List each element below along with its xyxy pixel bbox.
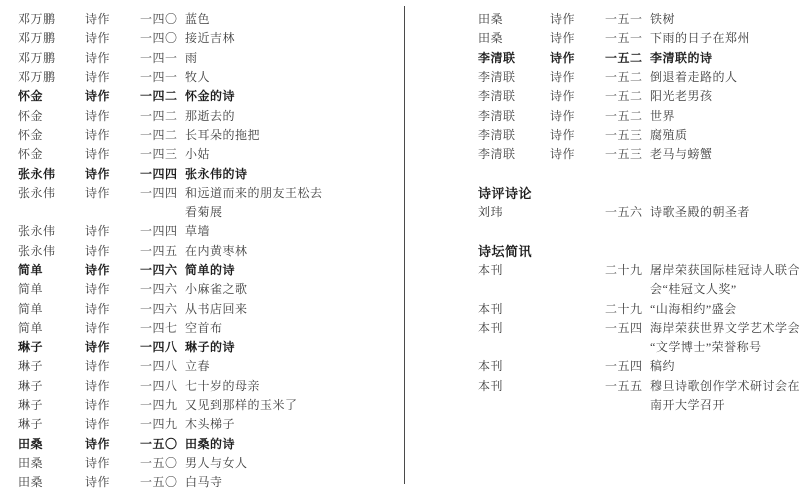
entry-genre: 诗作 <box>550 87 605 104</box>
section-header-row: 诗评诗论 <box>400 183 800 202</box>
entry-page-number: 一四六 <box>140 300 185 317</box>
entry-author: 琳子 <box>18 338 85 355</box>
entry-author: 李清联 <box>478 145 550 162</box>
entry-page-number: 二十九 <box>605 300 650 317</box>
toc-right-column: 田桑诗作一五一铁树田桑诗作一五一下雨的日子在郑州李清联诗作一五二李清联的诗李清联… <box>400 9 800 414</box>
entry-genre: 诗作 <box>85 280 140 297</box>
entry-page-number: 一五三 <box>605 126 650 143</box>
entry-title: 简单的诗 <box>185 261 400 278</box>
toc-entry-row: 邓万鹏诗作一四一雨 <box>0 48 400 67</box>
entry-page-number: 一四〇 <box>140 10 185 27</box>
entry-page-number: 一四八 <box>140 357 185 374</box>
entry-author: 琳子 <box>18 396 85 413</box>
entry-page-number: 一五一 <box>605 29 650 46</box>
entry-title: 在内黄枣林 <box>185 242 400 259</box>
entry-author: 怀金 <box>18 126 85 143</box>
entry-genre: 诗作 <box>85 338 140 355</box>
entry-page-number: 一四四 <box>140 165 185 182</box>
entry-author: 邓万鹏 <box>18 68 85 85</box>
toc-entry-row: 怀金诗作一四二长耳朵的拖把 <box>0 125 400 144</box>
toc-continuation-row: 南开大学召开 <box>400 395 800 414</box>
entry-title: 怀金的诗 <box>185 87 400 104</box>
entry-genre: 诗作 <box>85 68 140 85</box>
toc-entry-row: 田桑诗作一五〇白马寺 <box>0 472 400 491</box>
entry-author: 简单 <box>18 319 85 336</box>
entry-genre: 诗作 <box>85 261 140 278</box>
entry-title: 长耳朵的拖把 <box>185 126 400 143</box>
entry-title: 屠岸荣获国际桂冠诗人联合 <box>650 261 800 278</box>
entry-genre: 诗作 <box>85 29 140 46</box>
entry-author: 邓万鹏 <box>18 49 85 66</box>
entry-genre: 诗作 <box>550 29 605 46</box>
entry-page-number: 一四四 <box>140 222 185 239</box>
entry-title: 空首布 <box>185 319 400 336</box>
entry-title: 又见到那样的玉米了 <box>185 396 400 413</box>
toc-entry-row: 本刊一五四海岸荣获世界文学艺术学会 <box>400 318 800 337</box>
entry-title: 七十岁的母亲 <box>185 377 400 394</box>
entry-author: 简单 <box>18 300 85 317</box>
entry-author: 张永伟 <box>18 222 85 239</box>
entry-genre: 诗作 <box>85 242 140 259</box>
toc-entry-row: 琳子诗作一四九木头梯子 <box>0 414 400 433</box>
entry-author: 琳子 <box>18 377 85 394</box>
toc-entry-row: 简单诗作一四六小麻雀之歌 <box>0 279 400 298</box>
entry-title: 诗歌圣殿的朝圣者 <box>650 203 800 220</box>
entry-genre: 诗作 <box>85 473 140 490</box>
entry-page-number: 一五〇 <box>140 473 185 490</box>
entry-author: 张永伟 <box>18 242 85 259</box>
toc-continuation-row: 看菊展 <box>0 202 400 221</box>
entry-author: 怀金 <box>18 87 85 104</box>
entry-title: 李清联的诗 <box>650 49 800 66</box>
entry-title: 田桑的诗 <box>185 435 400 452</box>
toc-entry-row: 怀金诗作一四二那逝去的 <box>0 105 400 124</box>
entry-page-number: 一四八 <box>140 377 185 394</box>
toc-entry-row: 本刊二十九屠岸荣获国际桂冠诗人联合 <box>400 260 800 279</box>
entry-title: 木头梯子 <box>185 415 400 432</box>
entry-title-continuation: “文学博士”荣誉称号 <box>650 338 800 355</box>
entry-page-number: 一四七 <box>140 319 185 336</box>
entry-title-continuation: 看菊展 <box>185 203 400 220</box>
entry-page-number: 一四二 <box>140 87 185 104</box>
entry-author: 本刊 <box>478 261 550 278</box>
toc-page: 邓万鹏诗作一四〇蓝色邓万鹏诗作一四〇接近吉林邓万鹏诗作一四一雨邓万鹏诗作一四一牧… <box>0 0 800 495</box>
entry-author: 琳子 <box>18 415 85 432</box>
entry-page-number: 一四一 <box>140 68 185 85</box>
entry-page-number: 一五一 <box>605 10 650 27</box>
entry-page-number: 一五四 <box>605 319 650 336</box>
entry-author: 李清联 <box>478 87 550 104</box>
toc-entry-row: 琳子诗作一四八琳子的诗 <box>0 337 400 356</box>
entry-author: 怀金 <box>18 145 85 162</box>
entry-genre: 诗作 <box>85 126 140 143</box>
entry-author: 田桑 <box>18 473 85 490</box>
entry-genre: 诗作 <box>85 145 140 162</box>
entry-page-number: 一五〇 <box>140 435 185 452</box>
entry-page-number: 一四二 <box>140 107 185 124</box>
entry-title: 雨 <box>185 49 400 66</box>
entry-page-number: 一四六 <box>140 280 185 297</box>
entry-title: “山海相约”盛会 <box>650 300 800 317</box>
spacer-row <box>400 163 800 182</box>
entry-title-continuation: 会“桂冠文人奖” <box>650 280 800 297</box>
entry-title: 世界 <box>650 107 800 124</box>
entry-genre: 诗作 <box>85 222 140 239</box>
entry-author: 琳子 <box>18 357 85 374</box>
entry-author: 本刊 <box>478 357 550 374</box>
entry-title: 小姑 <box>185 145 400 162</box>
entry-genre: 诗作 <box>85 396 140 413</box>
entry-title: 铁树 <box>650 10 800 27</box>
entry-title-continuation: 南开大学召开 <box>650 396 800 413</box>
entry-genre: 诗作 <box>85 377 140 394</box>
toc-continuation-row: “文学博士”荣誉称号 <box>400 337 800 356</box>
toc-entry-row: 本刊二十九“山海相约”盛会 <box>400 298 800 317</box>
toc-entry-row: 李清联诗作一五二倒退着走路的人 <box>400 67 800 86</box>
section-header: 诗评诗论 <box>478 183 532 202</box>
entry-genre: 诗作 <box>85 10 140 27</box>
entry-title: 穆旦诗歌创作学术研讨会在 <box>650 377 800 394</box>
entry-author: 刘玮 <box>478 203 550 220</box>
toc-entry-row: 田桑诗作一五一下雨的日子在郑州 <box>400 28 800 47</box>
entry-author: 田桑 <box>18 454 85 471</box>
entry-page-number: 一四九 <box>140 415 185 432</box>
entry-page-number: 一五二 <box>605 107 650 124</box>
toc-entry-row: 田桑诗作一五〇男人与女人 <box>0 453 400 472</box>
entry-page-number: 一五〇 <box>140 454 185 471</box>
entry-genre: 诗作 <box>550 10 605 27</box>
entry-author: 本刊 <box>478 319 550 336</box>
toc-entry-row: 本刊一五四稿约 <box>400 356 800 375</box>
entry-title: 张永伟的诗 <box>185 165 400 182</box>
entry-author: 简单 <box>18 261 85 278</box>
entry-page-number: 一五二 <box>605 87 650 104</box>
entry-page-number: 一四一 <box>140 49 185 66</box>
entry-page-number: 一五六 <box>605 203 650 220</box>
entry-author: 张永伟 <box>18 165 85 182</box>
entry-title: 草墙 <box>185 222 400 239</box>
toc-entry-row: 张永伟诗作一四四草墙 <box>0 221 400 240</box>
entry-genre: 诗作 <box>85 165 140 182</box>
toc-entry-row: 琳子诗作一四九又见到那样的玉米了 <box>0 395 400 414</box>
entry-genre: 诗作 <box>85 184 140 201</box>
toc-continuation-row: 会“桂冠文人奖” <box>400 279 800 298</box>
entry-page-number: 一五二 <box>605 49 650 66</box>
entry-page-number: 一五三 <box>605 145 650 162</box>
entry-page-number: 一四八 <box>140 338 185 355</box>
toc-entry-row: 本刊一五五穆旦诗歌创作学术研讨会在 <box>400 376 800 395</box>
toc-entry-row: 张永伟诗作一四四和远道而来的朋友王松去 <box>0 183 400 202</box>
entry-genre: 诗作 <box>550 145 605 162</box>
toc-entry-row: 琳子诗作一四八七十岁的母亲 <box>0 376 400 395</box>
toc-entry-row: 邓万鹏诗作一四〇接近吉林 <box>0 28 400 47</box>
entry-title: 老马与螃蟹 <box>650 145 800 162</box>
spacer-row <box>400 221 800 240</box>
entry-page-number: 一五四 <box>605 357 650 374</box>
entry-title: 男人与女人 <box>185 454 400 471</box>
entry-page-number: 一五二 <box>605 68 650 85</box>
entry-title: 倒退着走路的人 <box>650 68 800 85</box>
entry-title: 接近吉林 <box>185 29 400 46</box>
toc-entry-row: 李清联诗作一五二阳光老男孩 <box>400 86 800 105</box>
entry-page-number: 一四四 <box>140 184 185 201</box>
entry-author: 李清联 <box>478 107 550 124</box>
entry-title: 腐殖质 <box>650 126 800 143</box>
toc-entry-row: 李清联诗作一五三腐殖质 <box>400 125 800 144</box>
entry-genre: 诗作 <box>85 415 140 432</box>
entry-genre: 诗作 <box>550 49 605 66</box>
section-header: 诗坛简讯 <box>478 241 532 260</box>
entry-genre: 诗作 <box>85 300 140 317</box>
entry-author: 邓万鹏 <box>18 10 85 27</box>
toc-entry-row: 李清联诗作一五二李清联的诗 <box>400 48 800 67</box>
toc-entry-row: 简单诗作一四七空首布 <box>0 318 400 337</box>
entry-page-number: 一四六 <box>140 261 185 278</box>
toc-entry-row: 李清联诗作一五二世界 <box>400 105 800 124</box>
toc-entry-row: 田桑诗作一五一铁树 <box>400 9 800 28</box>
entry-page-number: 一四三 <box>140 145 185 162</box>
entry-author: 本刊 <box>478 300 550 317</box>
entry-genre: 诗作 <box>85 435 140 452</box>
entry-title: 蓝色 <box>185 10 400 27</box>
toc-entry-row: 张永伟诗作一四五在内黄枣林 <box>0 241 400 260</box>
entry-page-number: 一四二 <box>140 126 185 143</box>
entry-genre: 诗作 <box>85 87 140 104</box>
entry-author: 田桑 <box>478 10 550 27</box>
toc-entry-row: 简单诗作一四六简单的诗 <box>0 260 400 279</box>
entry-title: 海岸荣获世界文学艺术学会 <box>650 319 800 336</box>
entry-author: 田桑 <box>478 29 550 46</box>
entry-genre: 诗作 <box>85 107 140 124</box>
entry-title: 立春 <box>185 357 400 374</box>
entry-title: 下雨的日子在郑州 <box>650 29 800 46</box>
entry-genre: 诗作 <box>550 107 605 124</box>
entry-title: 稿约 <box>650 357 800 374</box>
entry-author: 张永伟 <box>18 184 85 201</box>
toc-entry-row: 田桑诗作一五〇田桑的诗 <box>0 434 400 453</box>
entry-author: 本刊 <box>478 377 550 394</box>
entry-title: 牧人 <box>185 68 400 85</box>
entry-page-number: 一五五 <box>605 377 650 394</box>
toc-entry-row: 刘玮一五六诗歌圣殿的朝圣者 <box>400 202 800 221</box>
entry-author: 简单 <box>18 280 85 297</box>
section-header-row: 诗坛简讯 <box>400 241 800 260</box>
entry-genre: 诗作 <box>550 68 605 85</box>
toc-entry-row: 简单诗作一四六从书店回来 <box>0 298 400 317</box>
toc-entry-row: 李清联诗作一五三老马与螃蟹 <box>400 144 800 163</box>
entry-page-number: 二十九 <box>605 261 650 278</box>
entry-author: 李清联 <box>478 68 550 85</box>
entry-genre: 诗作 <box>85 454 140 471</box>
entry-author: 田桑 <box>18 435 85 452</box>
toc-entry-row: 邓万鹏诗作一四一牧人 <box>0 67 400 86</box>
entry-title: 白马寺 <box>185 473 400 490</box>
toc-entry-row: 张永伟诗作一四四张永伟的诗 <box>0 163 400 182</box>
entry-page-number: 一四五 <box>140 242 185 259</box>
entry-title: 从书店回来 <box>185 300 400 317</box>
toc-entry-row: 琳子诗作一四八立春 <box>0 356 400 375</box>
entry-genre: 诗作 <box>85 357 140 374</box>
entry-title: 小麻雀之歌 <box>185 280 400 297</box>
toc-entry-row: 邓万鹏诗作一四〇蓝色 <box>0 9 400 28</box>
entry-author: 怀金 <box>18 107 85 124</box>
entry-genre: 诗作 <box>85 49 140 66</box>
entry-title: 和远道而来的朋友王松去 <box>185 184 400 201</box>
entry-genre: 诗作 <box>550 126 605 143</box>
toc-left-column: 邓万鹏诗作一四〇蓝色邓万鹏诗作一四〇接近吉林邓万鹏诗作一四一雨邓万鹏诗作一四一牧… <box>0 9 400 491</box>
entry-author: 李清联 <box>478 126 550 143</box>
toc-entry-row: 怀金诗作一四二怀金的诗 <box>0 86 400 105</box>
toc-entry-row: 怀金诗作一四三小姑 <box>0 144 400 163</box>
entry-page-number: 一四〇 <box>140 29 185 46</box>
entry-page-number: 一四九 <box>140 396 185 413</box>
entry-title: 琳子的诗 <box>185 338 400 355</box>
entry-author: 李清联 <box>478 49 550 66</box>
entry-title: 阳光老男孩 <box>650 87 800 104</box>
entry-genre: 诗作 <box>85 319 140 336</box>
entry-title: 那逝去的 <box>185 107 400 124</box>
entry-author: 邓万鹏 <box>18 29 85 46</box>
